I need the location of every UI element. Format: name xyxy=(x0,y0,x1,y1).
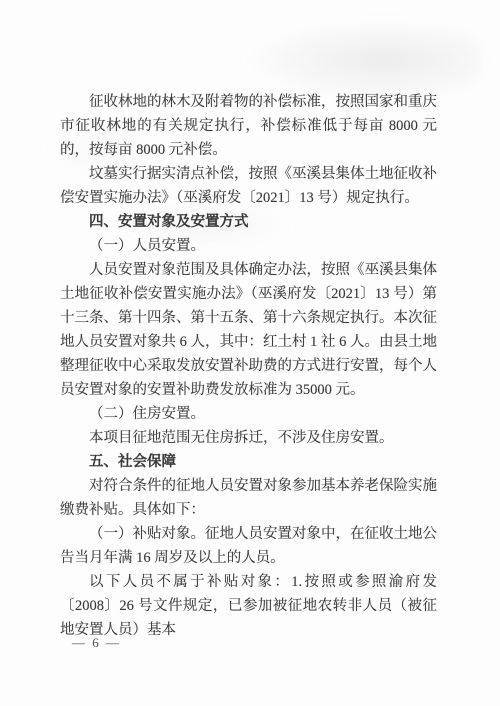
page-number: — 6 — xyxy=(72,634,121,652)
section-heading-social-security: 五、社会保障 xyxy=(60,450,437,474)
paragraph-housing-details: 本项目征地范围无住房拆迁，不涉及住房安置。 xyxy=(60,426,437,450)
subheading-housing-resettlement: （二）住房安置。 xyxy=(60,402,437,426)
paragraph-subsidy-targets: （一）补贴对象。征地人员安置对象中，在征收土地公告当月年满 16 周岁及以上的人… xyxy=(60,522,437,570)
paragraph-social-security-intro: 对符合条件的征地人员安置对象参加基本养老保险实施缴费补贴。具体如下： xyxy=(60,474,437,522)
scan-artifact xyxy=(240,20,480,100)
subheading-personnel-resettlement: （一）人员安置。 xyxy=(60,234,437,258)
paragraph-forest-compensation: 征收林地的林木及附着物的补偿标准，按照国家和重庆市征收林地的有关规定执行，补偿标… xyxy=(60,90,437,162)
document-body: 征收林地的林木及附着物的补偿标准，按照国家和重庆市征收林地的有关规定执行，补偿标… xyxy=(60,90,437,642)
paragraph-grave-compensation: 坟墓实行据实清点补偿，按照《巫溪县集体土地征收补偿安置实施办法》（巫溪府发〔20… xyxy=(60,162,437,210)
paragraph-personnel-details: 人员安置对象范围及具体确定办法，按照《巫溪县集体土地征收补偿安置实施办法》（巫溪… xyxy=(60,258,437,402)
document-page: 征收林地的林木及附着物的补偿标准，按照国家和重庆市征收林地的有关规定执行，补偿标… xyxy=(0,0,500,706)
paragraph-subsidy-exclusions: 以下人员不属于补贴对象：1.按照或参照渝府发〔2008〕26 号文件规定，已参加… xyxy=(60,570,437,642)
section-heading-resettlement: 四、安置对象及安置方式 xyxy=(60,210,437,234)
